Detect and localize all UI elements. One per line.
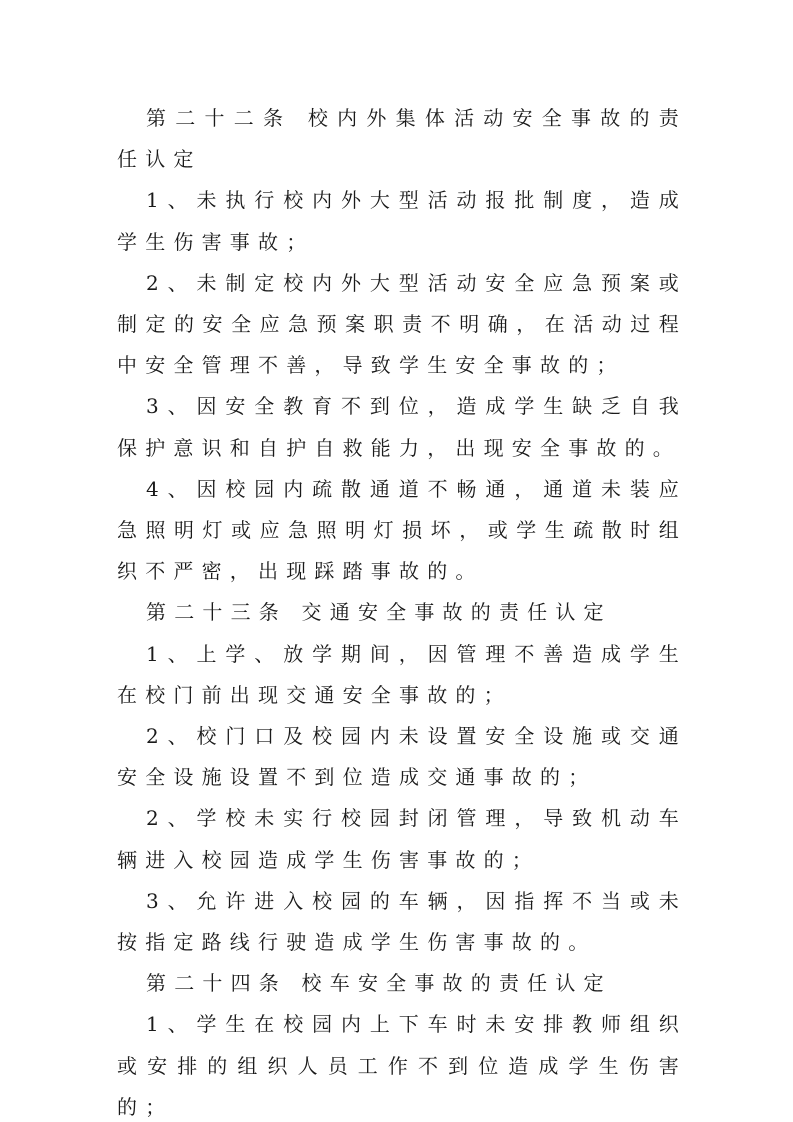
article-23-item-2b: 2、学校未实行校园封闭管理，导致机动车辆进入校园造成学生伤害事故的；: [117, 798, 687, 880]
article-22-item-3: 3、因安全教育不到位，造成学生缺乏自我保护意识和自护自救能力，出现安全事故的。: [117, 386, 687, 468]
article-23-item-3: 3、允许进入校园的车辆，因指挥不当或未按指定路线行驶造成学生伤害事故的。: [117, 881, 687, 963]
document-page: 第二十二条 校内外集体活动安全事故的责任认定 1、未执行校内外大型活动报批制度，…: [117, 98, 687, 1122]
article-22-item-4: 4、因校园内疏散通道不畅通，通道未装应急照明灯或应急照明灯损坏，或学生疏散时组织…: [117, 469, 687, 593]
article-23-item-1: 1、上学、放学期间，因管理不善造成学生在校门前出现交通安全事故的；: [117, 634, 687, 716]
article-22-item-2: 2、未制定校内外大型活动安全应急预案或制定的安全应急预案职责不明确，在活动过程中…: [117, 263, 687, 387]
article-23-item-2a: 2、校门口及校园内未设置安全设施或交通安全设施设置不到位造成交通事故的；: [117, 716, 687, 798]
article-24-heading: 第二十四条 校车安全事故的责任认定: [117, 963, 687, 1004]
article-24-item-1: 1、学生在校园内上下车时未安排教师组织或安排的组织人员工作不到位造成学生伤害的；: [117, 1004, 687, 1122]
article-23-heading: 第二十三条 交通安全事故的责任认定: [117, 592, 687, 633]
article-22-heading: 第二十二条 校内外集体活动安全事故的责任认定: [117, 98, 687, 180]
article-22-item-1: 1、未执行校内外大型活动报批制度，造成学生伤害事故；: [117, 180, 687, 262]
